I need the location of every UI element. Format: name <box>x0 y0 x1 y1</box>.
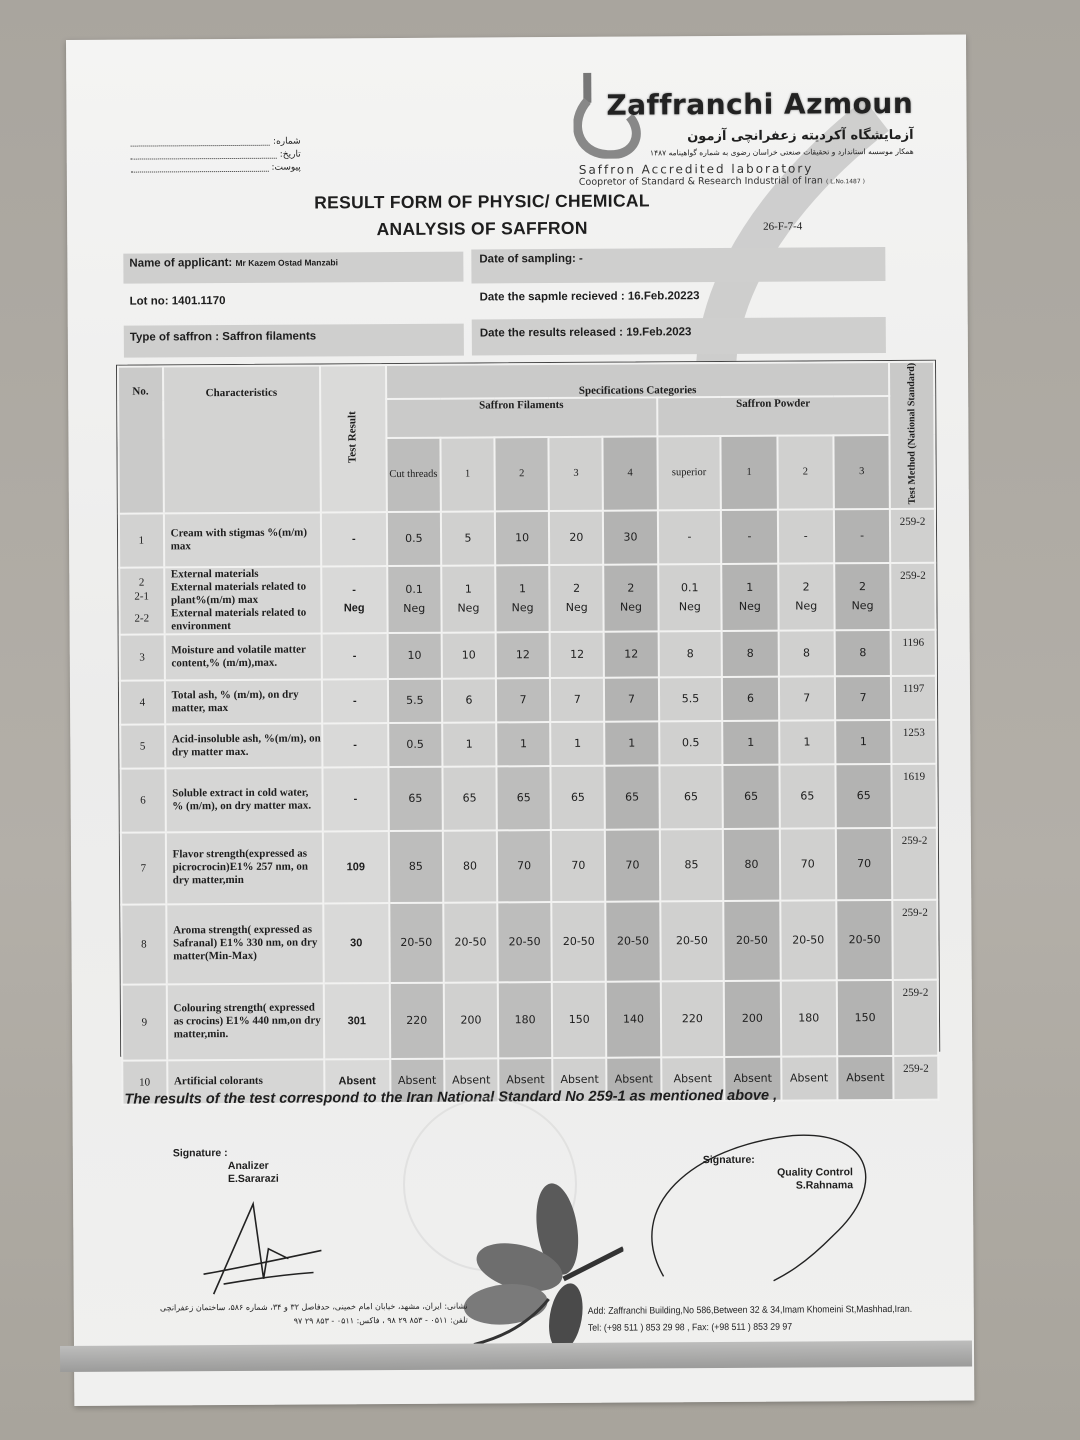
spec-value: 65 <box>835 764 892 828</box>
test-method-value: 259-2 <box>893 1055 938 1099</box>
spec-value: 65 <box>496 766 551 830</box>
spec-value: - <box>721 509 778 563</box>
spec-value: 80 <box>723 828 780 900</box>
spec-value: 1 <box>779 720 836 764</box>
spec-value: 65 <box>723 764 780 828</box>
saffron-type-field: Type of saffron : Saffron filaments <box>124 324 464 358</box>
spec-value: Absent <box>781 1056 838 1100</box>
address-persian: نشانی: ایران، مشهد، خیابان امام خمینی، ح… <box>88 1300 468 1330</box>
spec-value: 8 <box>778 630 835 676</box>
spec-value: 70 <box>551 829 606 901</box>
test-method-value: 1619 <box>892 763 937 827</box>
lot-number-field: Lot no: 1401.1170 <box>124 290 464 320</box>
spec-value: 20 <box>549 510 604 564</box>
spec-value: 8 <box>834 630 891 676</box>
spec-value: 0.5 <box>388 722 442 766</box>
document-page: Zaffranchi Azmoun آزمایشگاه آکردیته زعفر… <box>66 35 974 1406</box>
row-number: 1 <box>119 513 164 567</box>
lab-title: Saffron Accredited laboratory <box>579 161 814 176</box>
spec-value: 5 <box>441 511 496 565</box>
spec-value: 150 <box>837 980 894 1056</box>
spec-value: 220 <box>660 981 724 1057</box>
form-code: 26-F-7-4 <box>763 221 802 233</box>
spec-value: 20-50 <box>551 901 606 981</box>
conclusion-statement: The results of the test correspond to th… <box>124 1088 777 1108</box>
spec-value: 5.5 <box>388 678 442 722</box>
table-row: 7Flavor strength(expressed as picrocroci… <box>121 827 937 904</box>
spec-value: 65 <box>605 765 660 829</box>
spec-value: 140 <box>606 981 661 1057</box>
spec-value: 6 <box>442 678 496 722</box>
characteristic-label: Cream with stigmas %(m/m) max <box>164 512 322 567</box>
header-saffron-filaments: Saffron Filaments <box>386 397 657 438</box>
spec-value: 7 <box>604 677 658 721</box>
row-number: 7 <box>121 832 166 904</box>
spec-value: 7 <box>550 677 604 721</box>
spec-value: 1Neg <box>721 563 778 630</box>
spec-value: Absent <box>837 1056 894 1100</box>
reference-date-field: تاریخ: <box>131 148 301 162</box>
spec-value: 70 <box>779 828 836 900</box>
row-number: 3 <box>120 634 165 680</box>
characteristic-label: Colouring strength( expressed as crocins… <box>166 983 324 1060</box>
characteristic-label: Soluble extract in cold water, % (m/m), … <box>165 767 323 832</box>
test-result-value: 109 <box>323 831 389 903</box>
header-test-result: Test Result <box>320 365 387 512</box>
spec-value: 1 <box>605 721 659 765</box>
table-row: 9Colouring strength( expressed as crocin… <box>122 979 938 1060</box>
spec-value: 7 <box>496 678 550 722</box>
spec-value: 70 <box>836 828 893 900</box>
spec-value: 2Neg <box>604 564 659 631</box>
characteristic-label: Flavor strength(expressed as picrocrocin… <box>165 831 323 904</box>
table-row: 6Soluble extract in cold water, % (m/m),… <box>120 763 936 832</box>
analyzer-signature-icon <box>193 1188 324 1299</box>
test-result-value: -Neg <box>321 566 387 633</box>
spec-value: 70 <box>497 830 552 902</box>
spec-value: 20-50 <box>780 900 837 980</box>
test-method-value: 259-2 <box>892 827 937 899</box>
grade-header: 1 <box>440 438 495 512</box>
spec-value: 220 <box>389 982 444 1058</box>
spec-value: 10 <box>495 511 550 565</box>
applicant-field: Name of applicant: Mr Kazem Ostad Manzab… <box>123 252 463 284</box>
attachment-field: پیوست: <box>131 161 301 175</box>
test-method-value: 259-2 <box>893 979 938 1055</box>
quality-control-signature-block: Signature: Quality Control S.Rahnama <box>703 1153 853 1193</box>
spec-value: 7 <box>778 676 835 720</box>
spec-value: 150 <box>552 981 607 1057</box>
spec-value: 20-50 <box>724 900 781 980</box>
spec-value: 1 <box>442 722 496 766</box>
spec-value: - <box>777 509 834 563</box>
row-number: 6 <box>120 768 165 832</box>
spec-value: 5.5 <box>658 677 722 721</box>
test-result-value: - <box>321 512 387 566</box>
spec-value: 20-50 <box>836 900 893 980</box>
spec-value: 2Neg <box>778 563 835 630</box>
grade-header: 4 <box>603 437 658 511</box>
spec-value: 65 <box>388 766 443 830</box>
spec-value: 0.1Neg <box>387 565 442 632</box>
spec-value: 1 <box>722 720 779 764</box>
spec-value: 7 <box>835 676 892 720</box>
test-method-value: 1253 <box>891 719 936 763</box>
spec-value: - <box>657 510 721 564</box>
test-result-value: - <box>321 633 387 679</box>
header-test-method: Test Method (National Standard) <box>889 362 935 509</box>
header-saffron-powder: Saffron Powder <box>657 396 890 437</box>
table-row: 4Total ash, % (m/m), on dry matter, max-… <box>120 675 936 724</box>
spec-value: 1Neg <box>441 565 496 632</box>
spec-value: 180 <box>498 982 553 1058</box>
grade-header: Cut threads <box>386 438 441 512</box>
spec-value: 65 <box>659 765 723 829</box>
spec-value: 1 <box>496 722 550 766</box>
lab-brand-name-persian: آزمایشگاه آکردیته زعفرانچی آزمون <box>669 128 914 144</box>
row-number: 5 <box>120 724 165 768</box>
characteristic-label: Acid-insoluble ash, %(m/m), on dry matte… <box>165 723 322 768</box>
received-date-field: Date the sapmle recieved : 16.Feb.20223 <box>472 285 886 316</box>
row-number: 4 <box>120 680 165 724</box>
test-result-value: - <box>322 723 388 767</box>
test-method-value: 259-2 <box>893 899 938 979</box>
test-result-value: 301 <box>324 983 390 1059</box>
row-number: 22-12-2 <box>119 567 164 634</box>
spec-value: 20-50 <box>389 902 444 982</box>
row-number: 9 <box>122 984 167 1060</box>
test-method-value: 1197 <box>891 675 936 719</box>
quality-control-signature-icon <box>633 1125 884 1287</box>
header-specifications-categories: Specifications Categories <box>386 362 890 399</box>
spec-value: 20-50 <box>606 901 661 981</box>
test-result-value: - <box>322 679 388 723</box>
grade-header: 2 <box>494 437 549 511</box>
grade-header: 3 <box>549 437 604 511</box>
lab-subtitle: Coopretor of Standard & Research Industr… <box>579 175 865 188</box>
table-row: 8Aroma strength( expressed as Safranal) … <box>121 899 937 984</box>
spec-value: 10 <box>441 632 495 678</box>
spec-value: 12 <box>496 632 550 678</box>
spec-value: - <box>834 509 891 563</box>
address-english: Add: Zaffranchi Building,No 586,Between … <box>588 1301 913 1337</box>
release-date-field: Date the results released : 19.Feb.2023 <box>472 317 886 356</box>
spec-value: 8 <box>658 631 722 677</box>
spec-value: 10 <box>387 632 441 678</box>
table-row: 22-12-2External materialsExternal materi… <box>119 562 935 634</box>
spec-value: 12 <box>604 631 658 677</box>
spec-value: 20-50 <box>660 901 724 981</box>
reference-number-field: شماره: <box>131 135 301 149</box>
test-method-value: 1196 <box>891 629 936 675</box>
spec-value: 20-50 <box>497 902 552 982</box>
test-method-value: 259-2 <box>890 508 935 562</box>
row-number: 8 <box>121 904 166 984</box>
footer-band <box>60 1340 972 1372</box>
spec-value: 200 <box>724 980 781 1056</box>
spec-value: 0.1Neg <box>658 564 722 631</box>
spec-value: 85 <box>389 830 444 902</box>
test-result-value: 30 <box>323 903 389 983</box>
test-result-value: - <box>322 767 388 831</box>
test-method-value: 259-2 <box>890 562 935 629</box>
spec-value: 30 <box>603 510 658 564</box>
spec-value: 8 <box>722 630 779 676</box>
spec-value: 2Neg <box>834 563 891 630</box>
header-characteristics: Characteristics <box>163 365 321 513</box>
characteristic-label: External materialsExternal materials rel… <box>164 566 322 634</box>
spec-value: 200 <box>444 982 499 1058</box>
spec-value: 80 <box>443 830 498 902</box>
grade-header: 1 <box>721 436 778 510</box>
grade-header: 2 <box>777 436 834 510</box>
spec-value: 70 <box>605 829 660 901</box>
characteristic-label: Aroma strength( expressed as Safranal) E… <box>166 903 324 984</box>
spec-value: 1Neg <box>495 565 550 632</box>
spec-value: 1 <box>835 720 892 764</box>
persian-reference-fields: شماره: تاریخ: پیوست: <box>131 135 301 175</box>
table-row: 1Cream with stigmas %(m/m) max-0.5510203… <box>119 508 935 567</box>
grade-header: 3 <box>833 435 890 509</box>
spec-value: 20-50 <box>443 902 498 982</box>
spec-value: 0.5 <box>387 511 442 565</box>
spec-value: 6 <box>722 676 779 720</box>
table-row: 5Acid-insoluble ash, %(m/m), on dry matt… <box>120 719 936 768</box>
spec-value: 85 <box>659 829 723 901</box>
spec-value: 180 <box>780 980 837 1056</box>
spec-value: 2Neg <box>549 564 604 631</box>
spec-value: 65 <box>779 764 836 828</box>
spec-value: 1 <box>550 721 604 765</box>
table-row: 3Moisture and volatile matter content,% … <box>120 629 936 680</box>
spec-value: 65 <box>551 765 606 829</box>
analyzer-signature-block: Signature : Analizer E.Sararazi <box>173 1147 279 1187</box>
sampling-date-field: Date of sampling: - <box>471 247 885 284</box>
characteristic-label: Moisture and volatile matter content,% (… <box>164 633 321 680</box>
lab-brand-name: Zaffranchi Azmoun <box>606 87 913 122</box>
spec-value: 0.5 <box>659 721 723 765</box>
header-no: No. <box>118 366 164 513</box>
spec-value: 65 <box>442 766 497 830</box>
specifications-table: No. Characteristics Test Result Specific… <box>116 360 940 1057</box>
spec-value: 12 <box>550 631 604 677</box>
grade-header: superior <box>657 436 721 510</box>
characteristic-label: Total ash, % (m/m), on dry matter, max <box>165 679 322 724</box>
